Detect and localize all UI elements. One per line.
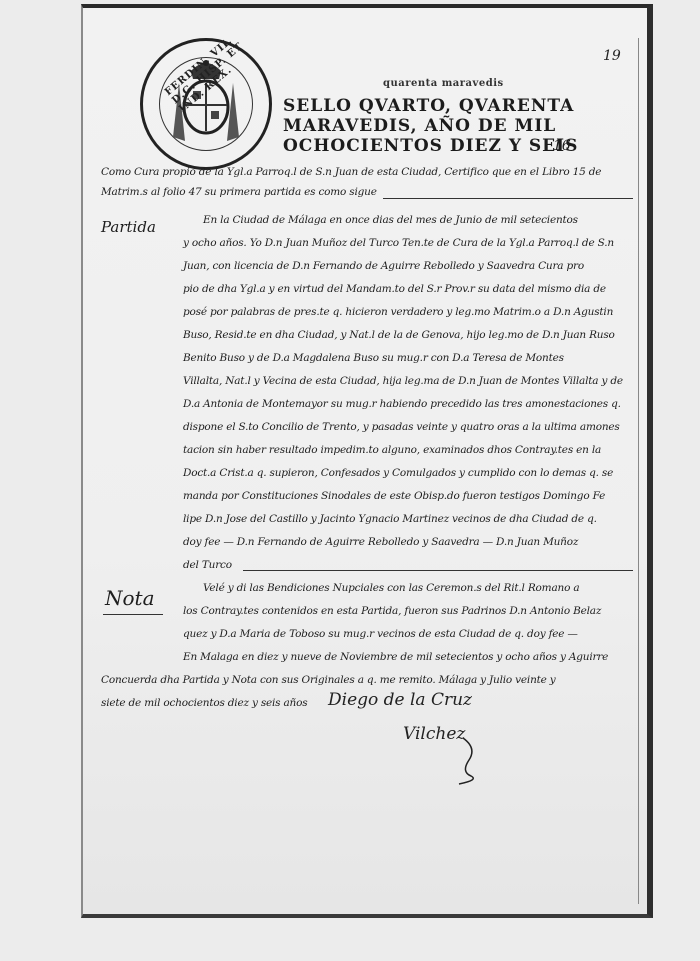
stamp-small-line: quarenta maravedis	[383, 78, 504, 89]
signature-flourish-icon	[453, 736, 483, 786]
nota-line: Velé y di las Bendiciones Nupciales con …	[203, 582, 579, 594]
partida-line: lipe D.n Jose del Castillo y Jacinto Ygn…	[183, 513, 597, 525]
partida-line: tacion sin haber resultado impedim.to al…	[183, 444, 601, 456]
partida-line: Juan, con licencia de D.n Fernando de Ag…	[183, 260, 584, 272]
manuscript-page: FERDIN. VII. D.G. HISP. ET IND. REX. 19 …	[81, 4, 653, 918]
partida-line: pio de dha Ygl.a y en virtud del Mandam.…	[183, 283, 606, 295]
partida-line: del Turco	[183, 559, 232, 571]
partida-line: Benito Buso y de D.a Magdalena Buso su m…	[183, 352, 564, 364]
stamp-overwrite: 16	[553, 138, 570, 154]
closing-line: siete de mil ochocientos diez y seis año…	[101, 697, 307, 709]
partida-line: Buso, Resid.te en dha Ciudad, y Nat.l de…	[183, 329, 615, 341]
intro-line: Matrim.s al folio 47 su primera partida …	[101, 186, 377, 198]
stamp-line-2: MARAVEDIS, AÑO DE MIL	[283, 116, 556, 136]
nota-line: quez y D.a Maria de Toboso su mug.r veci…	[183, 628, 578, 640]
partida-line: D.a Antonia de Montemayor su mug.r habie…	[183, 398, 621, 410]
closing-line: Concuerda dha Partida y Nota con sus Ori…	[101, 674, 556, 686]
folio-number: 19	[603, 48, 621, 64]
stamp-line-3: OCHOCIENTOS DIEZ Y SEIS	[283, 136, 578, 156]
partida-line: manda por Constituciones Sinodales de es…	[183, 490, 605, 502]
nota-line: En Malaga en diez y nueve de Noviembre d…	[183, 651, 608, 663]
intro-line: Como Cura propio de la Ygl.a Parroq.l de…	[101, 166, 601, 178]
partida-line: posé por palabras de pres.te q. hicieron…	[183, 306, 613, 318]
partida-line: doy fee — D.n Fernando de Aguirre Reboll…	[183, 536, 578, 548]
line-filler-rule	[243, 570, 633, 571]
nota-underline	[103, 614, 163, 615]
partida-line: y ocho años. Yo D.n Juan Muñoz del Turco…	[183, 237, 614, 249]
partida-line: Doct.a Crist.a q. supieron, Confesados y…	[183, 467, 613, 479]
line-filler-rule	[383, 198, 633, 199]
partida-line: En la Ciudad de Málaga en once dias del …	[203, 214, 578, 226]
partida-line: Villalta, Nat.l y Vecina de esta Ciudad,…	[183, 375, 623, 387]
stamp-line-1: SELLO QVARTO, QVARENTA	[283, 96, 574, 116]
page-edge-rule	[638, 38, 639, 904]
signature-name: Diego de la Cruz	[328, 690, 472, 710]
royal-seal: FERDIN. VII. D.G. HISP. ET IND. REX.	[140, 38, 272, 170]
partida-label: Partida	[101, 218, 156, 236]
partida-line: dispone el S.to Concilio de Trento, y pa…	[183, 421, 620, 433]
nota-label: Nota	[105, 586, 155, 610]
nota-line: los Contray.tes contenidos en esta Parti…	[183, 605, 601, 617]
